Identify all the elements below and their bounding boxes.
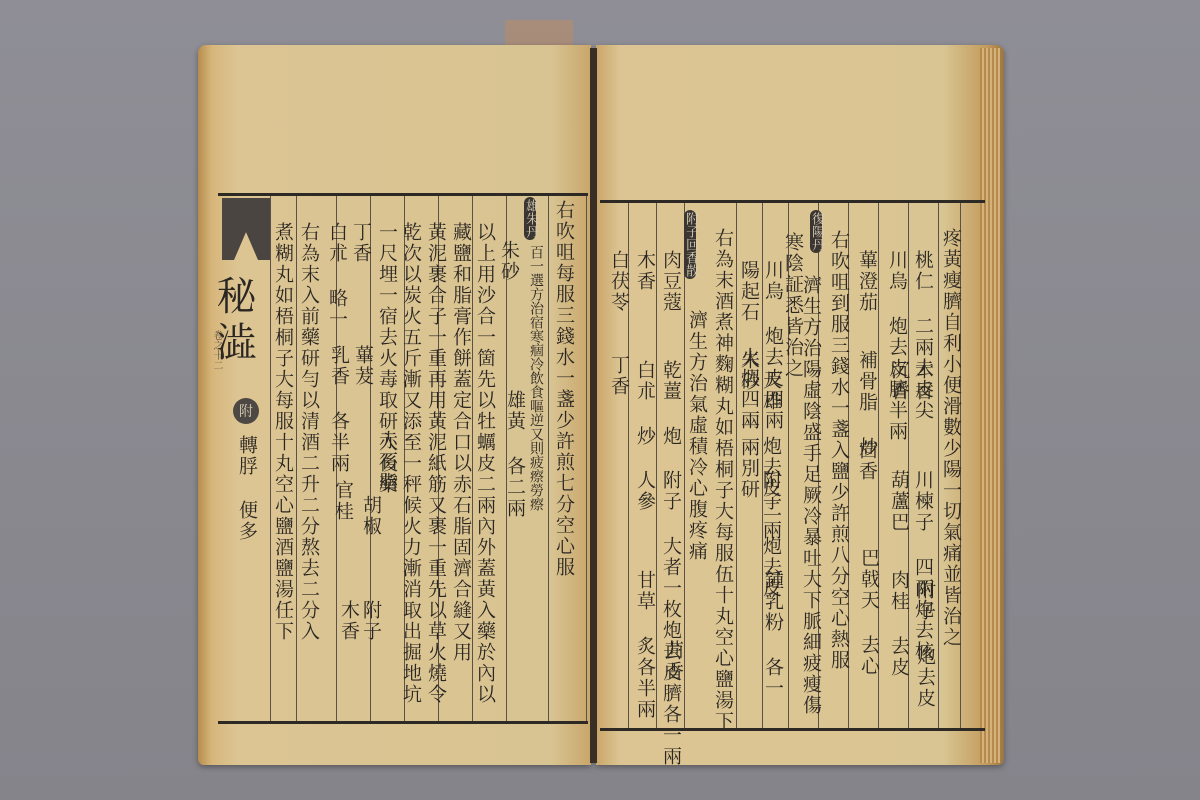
text-column: 丁香 — [350, 222, 372, 264]
text-column: 白茯苓 — [608, 250, 630, 313]
text-column: 胡椒 — [360, 495, 382, 537]
text-column: 右吹咀每服三錢水一盞少許煎七分空心服 — [553, 200, 575, 578]
text-column: 木香 — [634, 250, 656, 292]
text-column: 藏鹽和脂膏作餅蓋定合口以赤石脂固濟合縫又用 — [450, 222, 472, 663]
recipe-label: 附子回香散 — [684, 210, 696, 279]
text-column: 白朮 炒 — [634, 360, 656, 447]
text-column: 右吹咀到服三錢水一盞入鹽少許煎八分空心熱服 — [828, 230, 850, 671]
text-column: 附子 大者一枚炮去皮臍各一兩 — [660, 470, 682, 767]
text-column: 木香 — [338, 600, 360, 642]
text-column: 人參 — [634, 470, 656, 512]
text-column: 甘草 炙各半兩 — [634, 570, 656, 720]
text-column: 百一選方治宿寒痼冷飲食嘔逆又則疲瘵勞瘵 — [528, 245, 543, 511]
side-note: 便多 — [236, 500, 258, 542]
circle-mark-icon: 附 — [233, 398, 259, 424]
text-column: 右為末酒煮神麴糊丸如梧桐子大每服伍十丸空心鹽湯下 — [712, 228, 734, 732]
text-column: 官桂 — [332, 480, 354, 522]
text-column: 沉香 — [888, 360, 910, 402]
text-column: 肉桂 去皮 — [888, 570, 910, 678]
paper-tab-marker — [505, 20, 573, 48]
text-column: 鍾乳粉 各一 — [762, 570, 784, 699]
text-column: 右為末入前藥研勻以清酒二升二分熬去二分入 — [298, 222, 320, 642]
column-rule — [938, 203, 939, 728]
column-rule — [296, 196, 297, 721]
column-rule — [656, 203, 657, 728]
text-column: 黃泥裹合子一重再用黃泥紙筋又裹一重先以草火燒令 — [425, 222, 447, 705]
text-column: 附子 炮去皮 — [914, 580, 936, 709]
text-column: 寒陰証悉皆治之 — [782, 232, 804, 379]
section-title: 秘澁 — [222, 275, 244, 367]
column-rule — [684, 203, 685, 728]
text-column: 煮糊丸如梧桐子大每服十丸空心鹽酒鹽湯任下 — [272, 222, 294, 642]
text-column: 疼黃瘦臍自利小便滑數少陽一切氣痛並皆治之 — [940, 228, 962, 648]
text-column: 朱砂 — [498, 240, 520, 282]
column-rule — [548, 196, 549, 721]
text-column: 乾次以炭火五斤漸又添至一秤候火力漸消取出掘地坑 — [400, 222, 422, 705]
column-rule — [370, 196, 371, 721]
column-rule — [736, 203, 737, 728]
text-column: 茴香 — [662, 640, 684, 682]
column-rule — [472, 196, 473, 721]
text-column: 葫蘆巴 — [888, 470, 910, 533]
text-column: 川烏 炮去皮臍半兩 — [886, 250, 908, 442]
text-column: 附子 — [360, 600, 382, 642]
text-column: 濟生方治氣虛積冷心腹疼痛 — [686, 310, 708, 562]
text-column: 丁香 — [608, 355, 630, 397]
column-rule — [270, 196, 271, 721]
text-column: 朱砂 一兩別研 — [738, 350, 760, 500]
text-column: 赤石脂 — [376, 430, 398, 493]
side-note: 轉脬 — [236, 435, 258, 477]
text-column: 木香 — [912, 360, 934, 402]
text-column: 乳香 各半兩 — [328, 345, 350, 474]
text-column: 以上用沙合一箇先以牡蠣皮二兩內外蓋黃入藥於內以 — [474, 222, 496, 705]
text-column: 茴香 — [856, 440, 878, 482]
text-column: 乾薑 炮 — [660, 360, 682, 447]
column-rule — [586, 196, 587, 721]
book-gutter — [590, 48, 597, 763]
recipe-label: 復陽丹 — [810, 210, 822, 253]
text-column: 肉豆蔻 — [660, 250, 682, 313]
margin-label: 卷之十二 — [210, 330, 224, 590]
text-column: 蓽茇 — [352, 345, 374, 387]
text-column: 雄黃 各二兩 — [504, 390, 526, 519]
text-column: 蓽澄茄 — [856, 250, 878, 313]
text-column: 白朮 略一 — [326, 222, 348, 330]
text-column: 巴戟天 去心 — [858, 548, 880, 677]
recipe-label: 雄朱丹 — [524, 197, 536, 240]
